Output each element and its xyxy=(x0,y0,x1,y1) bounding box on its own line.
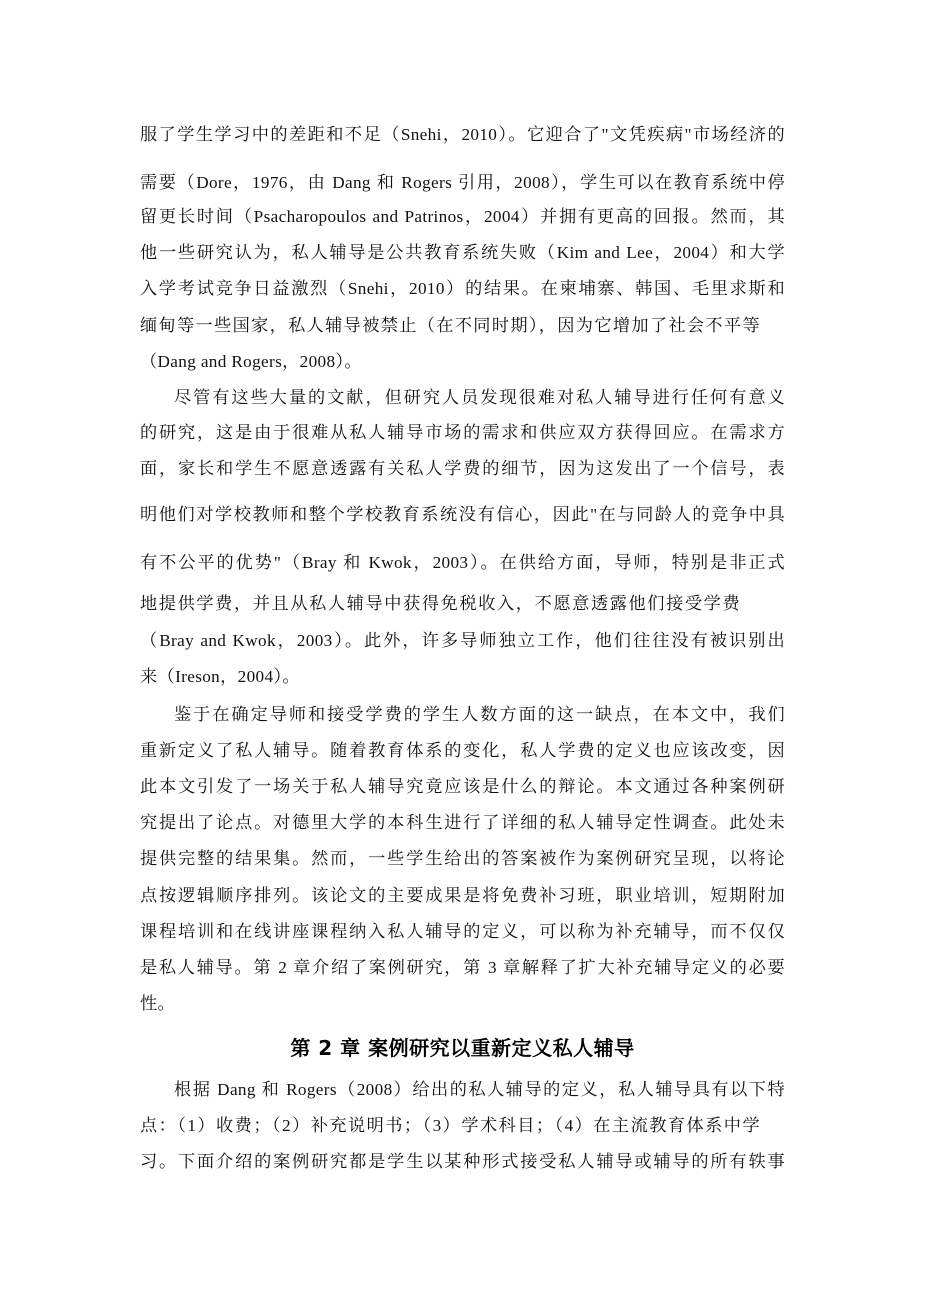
text-line: 他一些研究认为，私人辅导是公共教育系统失败（Kim and Lee，2004）和… xyxy=(140,242,785,264)
text-line: 习。下面介绍的案例研究都是学生以某种形式接受私人辅导或辅导的所有轶事 xyxy=(140,1151,785,1173)
text-line: 的研究，这是由于很难从私人辅导市场的需求和供应双方获得回应。在需求方 xyxy=(140,422,785,444)
text-line: 面，家长和学生不愿意透露有关私人学费的细节，因为这发出了一个信号，表 xyxy=(140,458,785,480)
text-line: 尽管有这些大量的文献，但研究人员发现很难对私人辅导进行任何有意义 xyxy=(174,387,785,409)
chapter-heading: 第 2 章 案例研究以重新定义私人辅导 xyxy=(0,1036,925,1060)
document-page: 服了学生学习中的差距和不足（Snehi，2010）。它迎合了"文凭疾病"市场经济… xyxy=(0,0,925,1309)
text-line: 入学考试竞争日益激烈（Snehi，2010）的结果。在柬埔寨、韩国、毛里求斯和 xyxy=(140,278,785,300)
text-line: 课程培训和在线讲座课程纳入私人辅导的定义，可以称为补充辅导，而不仅仅 xyxy=(140,921,785,943)
text-line: 地提供学费，并且从私人辅导中获得免税收入，不愿意透露他们接受学费 xyxy=(140,593,740,615)
text-line: （Dang and Rogers，2008）。 xyxy=(140,351,785,373)
text-line: 性。 xyxy=(140,993,785,1015)
text-line: 点按逻辑顺序排列。该论文的主要成果是将免费补习班，职业培训，短期附加 xyxy=(140,885,785,907)
text-line: 服了学生学习中的差距和不足（Snehi，2010）。它迎合了"文凭疾病"市场经济… xyxy=(140,124,785,146)
text-line: 提供完整的结果集。然而，一些学生给出的答案被作为案例研究呈现，以将论 xyxy=(140,848,785,870)
text-line: 点：（1）收费；（2）补充说明书；（3）学术科目；（4）在主流教育体系中学 xyxy=(140,1115,760,1137)
text-line: （Bray and Kwok，2003）。此外，许多导师独立工作，他们往往没有被… xyxy=(140,630,785,652)
text-line: 需要（Dore，1976，由 Dang 和 Rogers 引用，2008），学生… xyxy=(140,172,785,194)
text-line: 重新定义了私人辅导。随着教育体系的变化，私人学费的定义也应该改变，因 xyxy=(140,740,785,762)
text-line: 留更长时间（Psacharopoulos and Patrinos，2004）并… xyxy=(140,206,785,228)
text-line: 根据 Dang 和 Rogers（2008）给出的私人辅导的定义，私人辅导具有以… xyxy=(174,1079,785,1101)
text-line: 是私人辅导。第 2 章介绍了案例研究，第 3 章解释了扩大补充辅导定义的必要 xyxy=(140,957,785,979)
text-line: 明他们对学校教师和整个学校教育系统没有信心，因此"在与同龄人的竞争中具 xyxy=(140,504,785,526)
text-line: 来（Ireson，2004）。 xyxy=(140,666,785,688)
text-line: 究提出了论点。对德里大学的本科生进行了详细的私人辅导定性调查。此处未 xyxy=(140,812,785,834)
text-line: 有不公平的优势"（Bray 和 Kwok，2003）。在供给方面，导师，特别是非… xyxy=(140,552,785,574)
text-line: 此本文引发了一场关于私人辅导究竟应该是什么的辩论。本文通过各种案例研 xyxy=(140,776,785,798)
text-line: 鉴于在确定导师和接受学费的学生人数方面的这一缺点，在本文中，我们 xyxy=(174,704,785,726)
text-line: 缅甸等一些国家，私人辅导被禁止（在不同时期），因为它增加了社会不平等 xyxy=(140,315,760,337)
